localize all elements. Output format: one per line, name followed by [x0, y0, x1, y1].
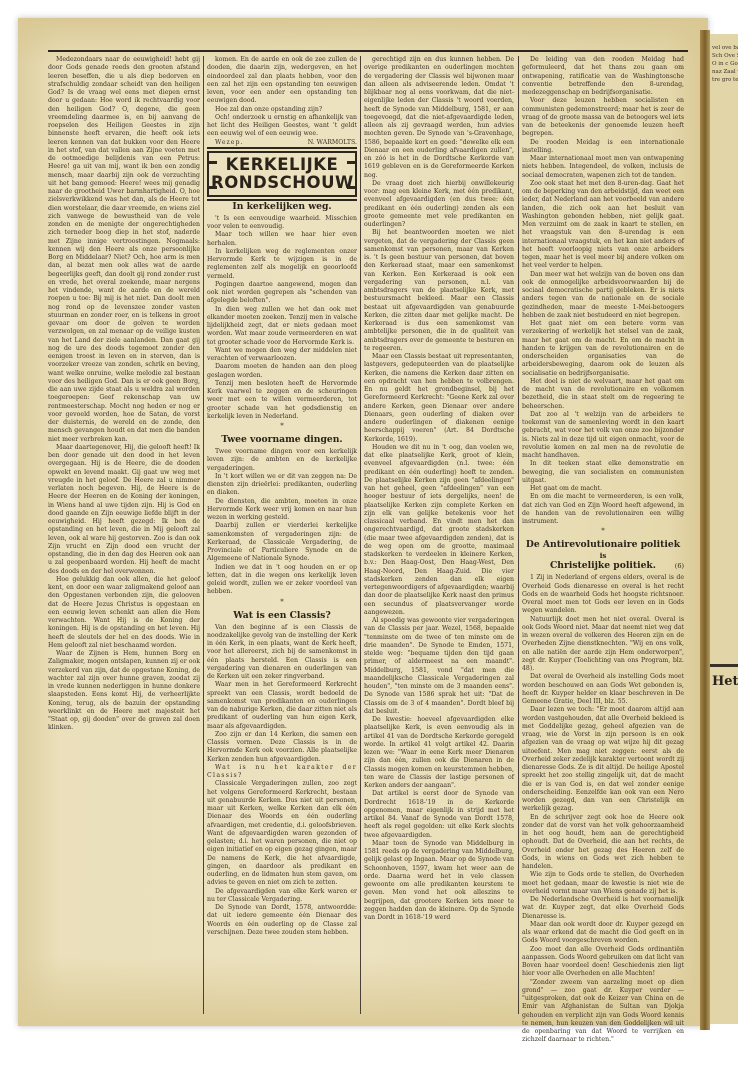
article-paragraph: 't Is een eenvoudige waarheid. Misschien… [207, 215, 357, 232]
column-2: komen. En de aarde en ook de zee zullen … [207, 56, 357, 937]
article-heading: Wat is een Classis? [207, 610, 357, 622]
article-paragraph: De leiding van den rooden Meidag had gef… [522, 56, 684, 97]
article-paragraph: In dien weg zullen we het dan ook met el… [207, 306, 357, 347]
article-paragraph: Dat overal de Overheid als instelling Go… [522, 673, 684, 706]
article-paragraph: De rooden Meidag is een internationale i… [522, 139, 684, 156]
next-page-rule [710, 664, 738, 667]
article-paragraph: "Zonder zweem van aarzeling moet op dien… [522, 979, 684, 1045]
signature-place: Wezep. [207, 139, 243, 147]
article-heading: Christelijke politiek. (6) [522, 560, 684, 572]
article-paragraph: Het gaat niet om een betere vorm van ver… [522, 320, 684, 378]
banner-decoration [207, 161, 217, 189]
article-paragraph: En om die macht te vermeerderen, is een … [522, 493, 684, 526]
article-paragraph: Dat artikel is eerst door de Synode van … [364, 790, 514, 840]
article-paragraph: Want we mogen den weg der middelen niet … [207, 347, 357, 364]
article-paragraph: De diensten, die ambten, moeten in onze … [207, 498, 357, 523]
article-paragraph: Bij het beantwoorden moeten we niet verg… [364, 229, 514, 353]
article-subheading: Wat is nu het karakter der Classis? [207, 764, 357, 781]
article-paragraph: Wie zijn te Gods orde te stellen, de Ove… [522, 871, 684, 896]
article-paragraph: In kerkelijken weg de reglementen onzer … [207, 248, 357, 281]
article-heading-text: Christelijke politiek. [550, 560, 656, 571]
article-paragraph: Waar de Zijnen is Hem, hunnen Borg en Za… [48, 650, 200, 733]
section-separator-star: * [207, 597, 357, 607]
article-paragraph: Medezondaars naar de eeuwigheid! hebt gi… [48, 56, 200, 444]
banner-line: RONDSCHOUW [211, 174, 353, 192]
article-paragraph: Indien we dat in 't oog houden en er op … [207, 564, 357, 597]
article-paragraph: De Nederlandsche Overheid is het voornam… [522, 896, 684, 921]
article-paragraph: Daarom moeten de handen aan den ploeg ge… [207, 363, 357, 380]
article-paragraph: Hoe gelukkig dan ook allen, die het gelo… [48, 576, 200, 650]
article-paragraph: Daar lezen we toch: "Er moet daarom alti… [522, 706, 684, 813]
article-paragraph: Twee voorname dingen voor een kerkelijk … [207, 448, 357, 473]
article-part-number: (6) [675, 560, 684, 572]
article-heading: De Antirevolutionaire politiek [522, 539, 684, 551]
article-paragraph: Zoo moet dan alle Overheid Gods ordinant… [522, 946, 684, 979]
article-paragraph: gerechtigd zijn en dus kunnen hebben. De… [364, 56, 514, 180]
article-paragraph: De kwestie: hoeveel afgevaardigden elke … [364, 716, 514, 790]
article-heading-connector: is [522, 551, 684, 560]
article-heading: In kerkelijken weg. [207, 201, 357, 213]
article-paragraph: Voor deze leuzen hebben socialisten en c… [522, 97, 684, 138]
article-paragraph: Het gaat om de macht. [522, 485, 684, 493]
article-paragraph: Al spoedig was gewoonte vier vergadering… [364, 617, 514, 716]
next-page-heading: Het [712, 674, 738, 689]
article-paragraph: Maar toch willen we haar hier even herha… [207, 231, 357, 248]
article-paragraph: Hoe zal dan onze opstanding zijn? [207, 106, 357, 114]
article-paragraph: Dat zoo al 't welzijn van de arbeiders t… [522, 411, 684, 461]
article-paragraph: Zoo zijn er dan 14 Kerken, die samen een… [207, 731, 357, 764]
section-separator-star: * [207, 421, 357, 431]
article-paragraph: Het doel is niet de welvaart, maar het g… [522, 378, 684, 411]
article-paragraph: Pogingen daartoe aangewend, mogen dan oo… [207, 281, 357, 306]
article-paragraph: Maar internationaal moet men van ontwape… [522, 155, 684, 180]
article-paragraph: Natuurlijk doet men het niet overal. Ove… [522, 616, 684, 674]
article-paragraph: Van den beginne af is een Classis de noo… [207, 624, 357, 682]
article-paragraph: Daarbij zullen er vierderlei kerkelijke … [207, 522, 357, 563]
article-paragraph: Maar toen de Synode van Middelburg in 15… [364, 840, 514, 923]
article-paragraph: Dan meer wat het welzijn van de boven on… [522, 271, 684, 321]
column-divider [360, 56, 361, 1014]
column-divider [518, 56, 519, 1014]
article-paragraph: 1 Zij in Nederland of ergens elders, ove… [522, 574, 684, 615]
column-3: gerechtigd zijn en dus kunnen hebben. De… [364, 56, 514, 922]
next-page-edge: vel ove bah F ga vel Sch Ove S zwe arb e… [710, 34, 738, 1024]
article-paragraph: Maar een Classis bestaat uit representan… [364, 353, 514, 444]
section-separator-star: * [522, 526, 684, 536]
column-4-text: De leiding van den rooden Meidag had gef… [522, 56, 684, 1045]
article-paragraph: Maar dan ook wordt door dr. Kuyper gezeg… [522, 921, 684, 946]
article-paragraph: Houden we dit nu in 't oog, dan voelen w… [364, 444, 514, 617]
top-rule [48, 50, 688, 52]
signature-author: N. WARMOLTS. [308, 139, 357, 146]
article-signature: Wezep. N. WARMOLTS. [207, 139, 357, 147]
banner-decoration [347, 161, 357, 189]
article-paragraph: Waar men in het Gereformeerd Kerkrecht s… [207, 681, 357, 731]
article-paragraph: Classicale Vergaderingen zullen, zoo zeg… [207, 780, 357, 887]
section-banner-kerkelijke-rondschouw: KERKELIJKE RONDSCHOUW [207, 151, 357, 197]
column-1: Medezondaars naar de eeuwigheid! hebt gi… [48, 56, 200, 733]
banner-line: KERKELIJKE [211, 156, 353, 174]
article-paragraph: De afgevaardigden van elke Kerk waren er… [207, 888, 357, 905]
article-paragraph: In dit teeken staat elke demonstratie en… [522, 460, 684, 485]
article-paragraph: En de schrijver zegt ook hoe de Heere oo… [522, 814, 684, 872]
article-paragraph: Zoo ook staat het met den 8-uren-dag. Ga… [522, 180, 684, 271]
page-gutter [700, 30, 710, 1030]
article-heading: Twee voorname dingen. [207, 434, 357, 446]
column-divider [203, 56, 204, 1014]
article-paragraph: In 't kort willen we er dit van zeggen n… [207, 473, 357, 498]
article-paragraph: Tenzij men besloten heeft de Hervormde K… [207, 380, 357, 421]
article-paragraph: De vraag doet zich hierbij onwillekeurig… [364, 180, 514, 230]
article-paragraph: komen. En de aarde en ook de zee zullen … [207, 56, 357, 106]
next-page-text: vel ove bah F ga vel Sch Ove S zwe arb e… [712, 44, 738, 84]
article-paragraph: Maar daartegenover, Hij, die gelooft hee… [48, 444, 200, 576]
article-paragraph: De Synode van Dordt, 1578, antwoordde: d… [207, 904, 357, 937]
article-paragraph: Och! onderzoek u ernstig en afhankelijk … [207, 114, 357, 139]
